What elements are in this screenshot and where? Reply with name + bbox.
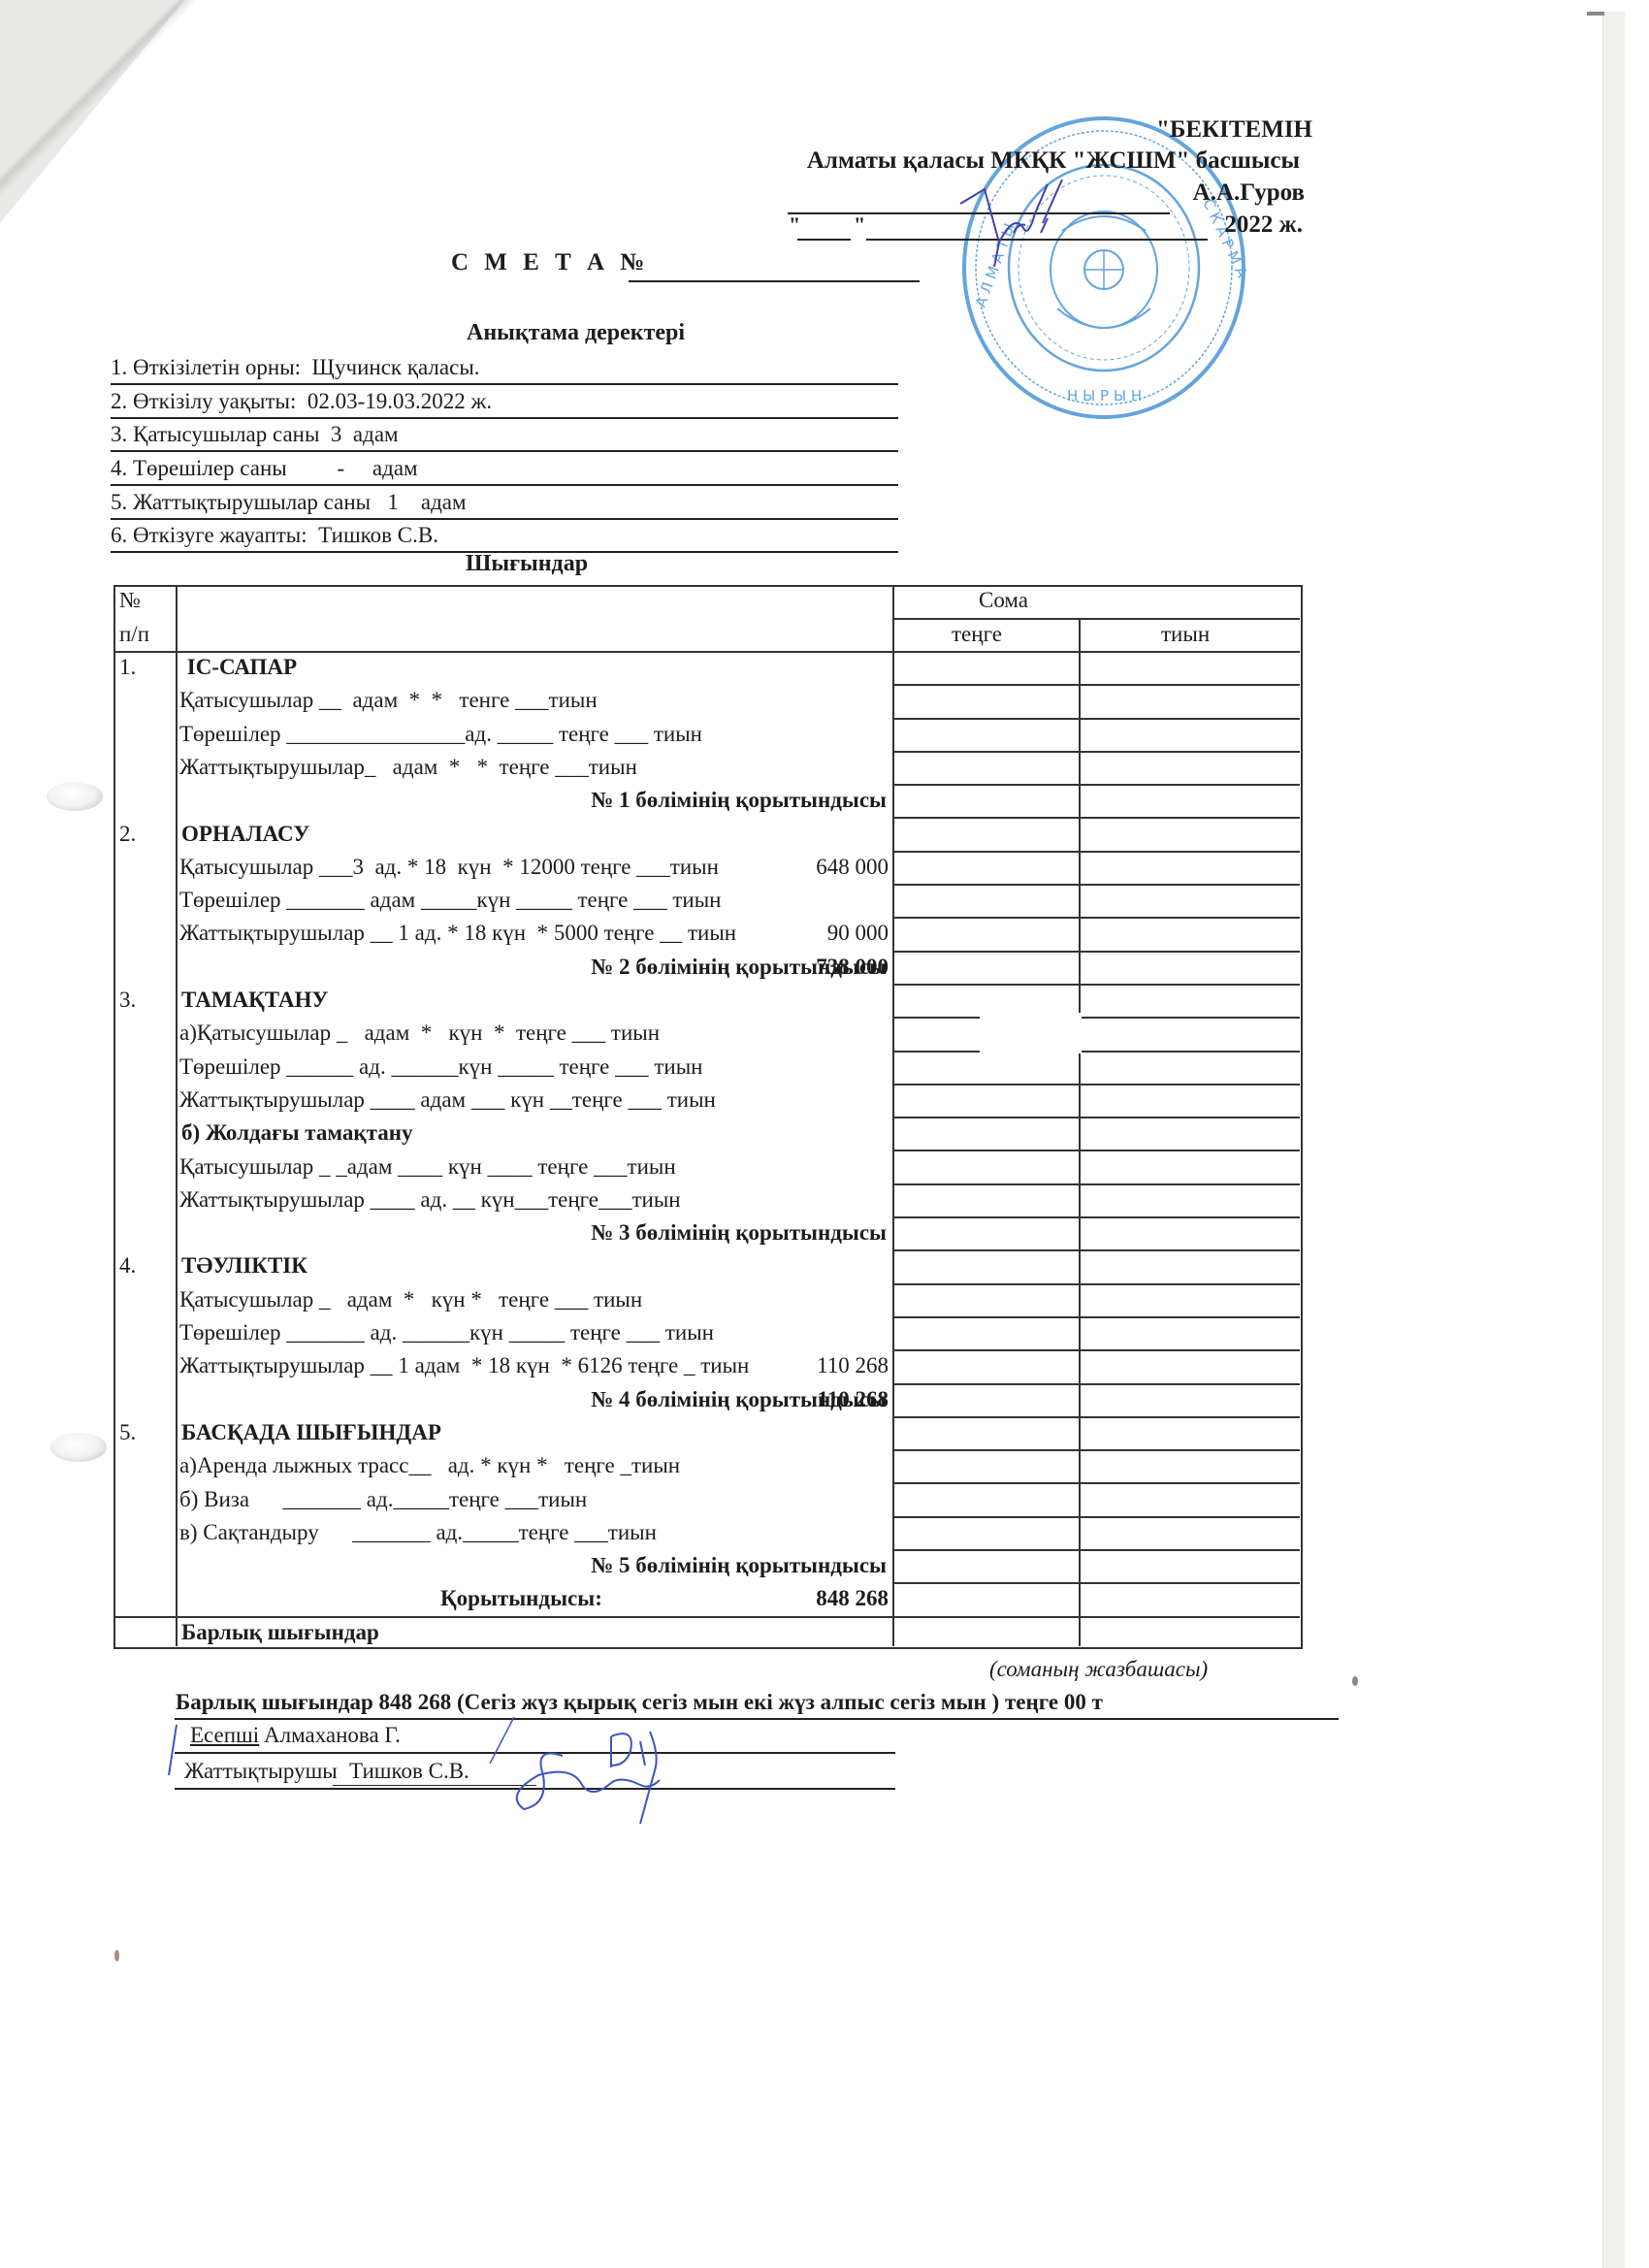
table-row: Жаттықтырушылар ____ адам ___ күн __теңг… [115, 1084, 1300, 1117]
scan-edge-mark [1587, 12, 1604, 16]
row-description: а)Аренда лыжных трасс__ ад. * күн * теңг… [179, 1449, 680, 1482]
expenses-table: № п/п Сома теңге тиын 1. ІС-САПАРҚатысуш… [113, 585, 1303, 1649]
table-row: Төрешілер _______ адам _____күн _____ те… [115, 884, 1300, 917]
in-words-total: Барлық шығындар 848 268 (Сегіз жүз қырық… [176, 1690, 1103, 1715]
table-row: № 2 бөлімінің қорытындысы738 000 [115, 951, 1300, 984]
signature-line-coach [175, 1788, 895, 1790]
table-row: № 4 бөлімінің қорытындысы110 268 [115, 1383, 1300, 1416]
table-row: Қорытындысы:848 268 [115, 1582, 1300, 1615]
table-row: Қатысушылар _ адам * күн * теңге ___ тиы… [115, 1283, 1300, 1316]
reference-item-coaches: 5. Жаттықтырушылар саны 1 адам [111, 487, 898, 520]
punch-hole [47, 782, 103, 811]
col-header-pp: п/п [119, 618, 149, 651]
table-row: Қатысушылар __ адам * * тенге ___тиын [115, 684, 1300, 717]
table-row: а)Қатысушылар _ адам * күн * теңге ___ т… [115, 1017, 1300, 1050]
svg-text:Н Ы Р Ы Н: Н Ы Р Ы Н [1067, 387, 1142, 405]
table-row: б) Жолдағы тамақтану [115, 1117, 1300, 1150]
reference-item-participants: 3. Қатысушылар саны 3 адам [111, 419, 898, 452]
table-row: 5.БАСҚАДА ШЫҒЫНДАР [115, 1416, 1300, 1449]
row-description: № 1 бөлімінің қорытындысы [591, 784, 887, 817]
approval-label: "БЕКІТЕМІН [1156, 116, 1312, 144]
table-row: Төрешілер _______ ад. ______күн _____ те… [115, 1316, 1300, 1349]
row-description: Төрешілер _______ ад. ______күн _____ те… [179, 1316, 714, 1349]
approver-name: А.А.Гуров [1193, 179, 1305, 207]
table-row: 2.ОРНАЛАСУ [115, 818, 1300, 851]
row-description: Қатысушылар ___3 ад. * 18 күн * 12000 те… [179, 851, 719, 884]
in-words-underline [175, 1718, 1339, 1720]
signature-name-coach: Тишков С.В. [349, 1759, 469, 1784]
row-number: 5. [119, 1416, 136, 1449]
table-row: Барлық шығындар [115, 1616, 1300, 1649]
row-description: Жаттықтырушылар_ адам * * теңге ___тиын [179, 751, 637, 784]
row-description: Жаттықтырушылар __ 1 адам * 18 күн * 612… [179, 1349, 749, 1382]
row-amount-tenge: 110 268 [818, 1383, 889, 1416]
table-row: б) Виза _______ ад._____теңге ___тиын [115, 1483, 1300, 1516]
approval-year: 2022 ж. [1224, 211, 1303, 239]
row-description: Қорытындысы: [440, 1582, 602, 1615]
table-row: № 3 бөлімінің қорытындысы [115, 1216, 1300, 1249]
estimate-number-line [629, 280, 920, 282]
col-header-num: № [119, 584, 141, 617]
table-row: 1. ІС-САПАР [115, 651, 1300, 684]
date-quote-open: " [789, 212, 800, 238]
row-amount-tenge: 110 268 [817, 1349, 889, 1382]
table-row: 4.ТӘУЛІКТІК [115, 1249, 1300, 1282]
row-description: Жаттықтырушылар ____ адам ___ күн __теңг… [179, 1084, 716, 1117]
row-description: а)Қатысушылар _ адам * күн * теңге ___ т… [179, 1017, 660, 1050]
ink-spot [114, 1950, 119, 1961]
correction-fluid-patch [980, 1013, 1082, 1053]
scan-edge-strip [1602, 12, 1625, 2268]
table-row: № 1 бөлімінің қорытындысы [115, 784, 1300, 817]
row-description: Жаттықтырушылар __ 1 ад. * 18 күн * 5000… [179, 917, 736, 950]
table-row: в) Сақтандыру _______ ад._____теңге ___т… [115, 1516, 1300, 1549]
table-row: № 5 бөлімінің қорытындысы [115, 1549, 1300, 1582]
row-description: Барлық шығындар [181, 1616, 379, 1649]
col-header-tenge: теңге [952, 618, 1002, 651]
date-quote-close: " [854, 212, 865, 238]
page-fold-corner [0, 0, 184, 223]
reference-item-dates: 2. Өткізілу уақыты: 02.03-19.03.2022 ж. [111, 386, 898, 419]
signature-line-accountant [175, 1752, 895, 1754]
date-month-line [866, 239, 1208, 241]
table-row: Жаттықтырушылар ____ ад. __ күн___теңге_… [115, 1183, 1300, 1216]
table-row: 3.ТАМАҚТАНУ [115, 984, 1300, 1017]
row-description: БАСҚАДА ШЫҒЫНДАР [181, 1416, 441, 1449]
row-amount-tenge: 90 000 [827, 917, 889, 950]
row-amount-tenge: 738 000 [816, 951, 889, 984]
row-description: № 3 бөлімінің қорытындысы [591, 1216, 887, 1249]
table-row: Жаттықтырушылар __ 1 адам * 18 күн * 612… [115, 1349, 1300, 1382]
row-description: ТАМАҚТАНУ [181, 984, 328, 1017]
date-day-line [797, 239, 851, 241]
ink-spot [1352, 1676, 1358, 1686]
table-row: Төрешілер ______ ад. ______күн _____ тең… [115, 1051, 1300, 1084]
row-description: в) Сақтандыру _______ ад._____теңге ___т… [179, 1516, 657, 1549]
row-number: 1. [119, 651, 136, 684]
row-description: Төрешілер ________________ад. _____ теңг… [179, 718, 702, 751]
row-description: б) Виза _______ ад._____теңге ___тиын [179, 1483, 587, 1516]
reference-item-responsible: 6. Өткізуге жауапты: Тишков С.В. [111, 520, 898, 553]
signature-role-accountant: Есепші [190, 1723, 259, 1748]
punch-hole [50, 1433, 107, 1462]
row-description: Қатысушылар __ адам * * тенге ___тиын [179, 684, 598, 717]
row-description: ІС-САПАР [181, 651, 297, 684]
approver-position: Алматы қаласы МКҚК "ЖСШМ" басшысы [807, 147, 1300, 175]
row-description: № 5 бөлімінің қорытындысы [591, 1549, 887, 1582]
table-row: а)Аренда лыжных трасс__ ад. * күн * теңг… [115, 1449, 1300, 1482]
row-description: б) Жолдағы тамақтану [181, 1117, 412, 1150]
in-words-caption: (соманың жазбашасы) [989, 1657, 1208, 1682]
col-header-tiyn: тиын [1161, 618, 1210, 651]
signature-name-accountant: Алмаханова Г. [264, 1723, 401, 1748]
expenses-heading: Шығындар [466, 551, 588, 577]
document-title: С М Е Т А № [451, 249, 649, 276]
row-description: Қатысушылар _ _адам ____ күн ____ теңге … [179, 1150, 676, 1183]
row-description: ТӘУЛІКТІК [181, 1249, 307, 1282]
coach-name-underline [333, 1785, 536, 1786]
row-number: 4. [119, 1249, 136, 1282]
row-description: ОРНАЛАСУ [181, 818, 309, 851]
signature-role-coach: Жаттықтырушы [184, 1759, 338, 1784]
reference-item-venue: 1. Өткізілетін орны: Щучинск қаласы. [111, 352, 898, 385]
row-description: Қатысушылар _ адам * күн * теңге ___ тиы… [179, 1283, 642, 1316]
reference-heading: Анықтама деректері [467, 320, 685, 346]
table-row: Қатысушылар _ _адам ____ күн ____ теңге … [115, 1150, 1300, 1183]
row-description: Төрешілер ______ ад. ______күн _____ тең… [179, 1051, 702, 1084]
row-amount-tenge: 648 000 [816, 851, 889, 884]
table-row: Төрешілер ________________ад. _____ теңг… [115, 718, 1300, 751]
table-row: Жаттықтырушылар __ 1 ад. * 18 күн * 5000… [115, 917, 1300, 950]
row-amount-tenge: 848 268 [816, 1582, 889, 1615]
row-description: Төрешілер _______ адам _____күн _____ те… [179, 884, 721, 917]
row-description: Жаттықтырушылар ____ ад. __ күн___теңге_… [179, 1183, 681, 1216]
approver-signature-line [788, 212, 1170, 214]
col-header-sum: Сома [979, 584, 1028, 617]
table-row: Қатысушылар ___3 ад. * 18 күн * 12000 те… [115, 851, 1300, 884]
row-number: 3. [119, 984, 136, 1017]
table-row: Жаттықтырушылар_ адам * * теңге ___тиын [115, 751, 1300, 784]
row-number: 2. [119, 818, 136, 851]
reference-item-referees: 4. Төрешілер саны - адам [111, 453, 898, 486]
